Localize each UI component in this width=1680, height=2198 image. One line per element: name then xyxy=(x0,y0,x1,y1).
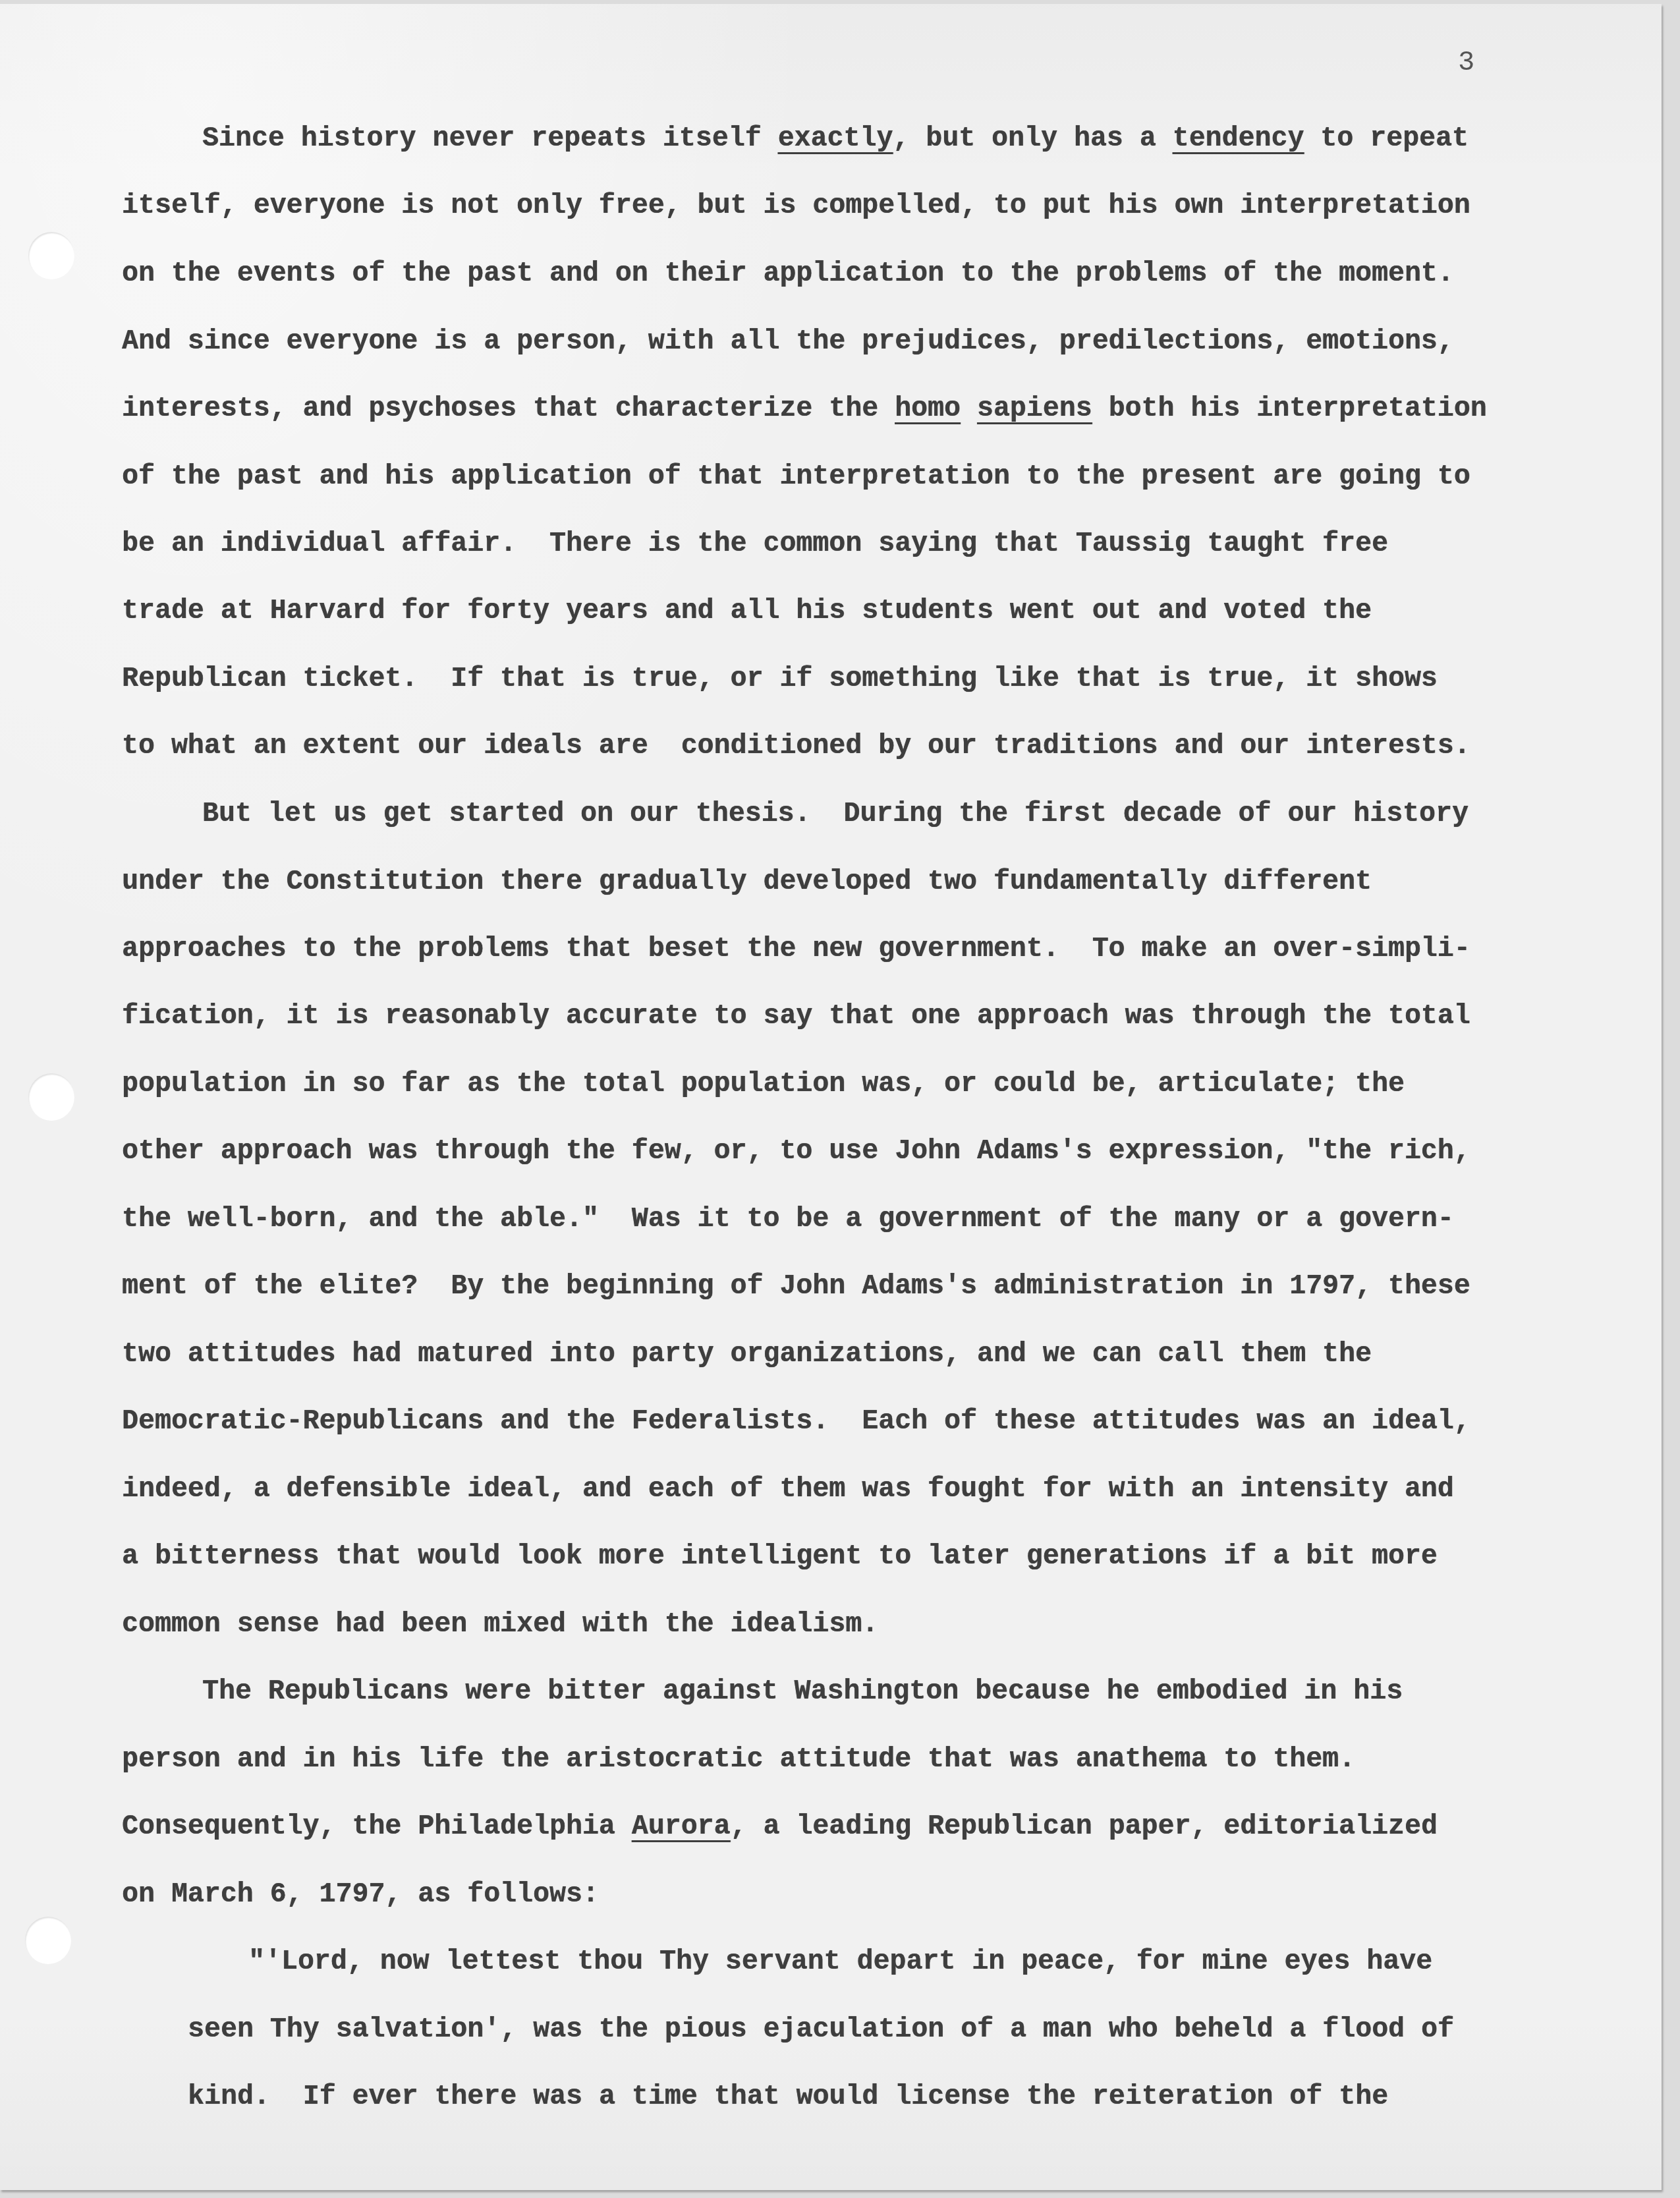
typewritten-page: 3 Since history never repeats itself exa… xyxy=(0,4,1662,2190)
text-run: the well-born, and the able." Was it to … xyxy=(122,1204,1454,1235)
punch-hole xyxy=(28,1073,74,1121)
text-line: itself, everyone is not only free, but i… xyxy=(122,192,1470,220)
text-run: "'Lord, now lettest thou Thy servant dep… xyxy=(248,1946,1432,1977)
text-line: under the Constitution there gradually d… xyxy=(122,868,1372,896)
text-run: to what an extent our ideals are conditi… xyxy=(122,731,1470,762)
text-run: population in so far as the total popula… xyxy=(122,1069,1405,1100)
text-line: on the events of the past and on their a… xyxy=(122,260,1454,288)
text-run: itself, everyone is not only free, but i… xyxy=(122,190,1470,221)
text-line: ment of the elite? By the beginning of J… xyxy=(122,1273,1470,1301)
text-line: Republican ticket. If that is true, or i… xyxy=(122,665,1438,693)
underlined-word: tendency xyxy=(1173,123,1304,154)
text-line: to what an extent our ideals are conditi… xyxy=(122,733,1470,760)
text-line: be an individual affair. There is the co… xyxy=(122,530,1388,558)
text-run: ment of the elite? By the beginning of J… xyxy=(122,1271,1470,1302)
text-run: on March 6, 1797, as follows: xyxy=(122,1879,599,1910)
underlined-word: sapiens xyxy=(977,393,1092,424)
text-line: Democratic-Republicans and the Federalis… xyxy=(122,1408,1470,1436)
underlined-word: homo xyxy=(895,393,961,424)
text-run: fication, it is reasonably accurate to s… xyxy=(122,1001,1470,1032)
page-number: 3 xyxy=(1458,49,1474,76)
text-run: seen Thy salvation', was the pious ejacu… xyxy=(188,2014,1454,2045)
text-line: person and in his life the aristocratic … xyxy=(122,1746,1355,1774)
text-run: interests, and psychoses that characteri… xyxy=(122,393,895,424)
underlined-word: Aurora xyxy=(632,1811,731,1842)
text-line: common sense had been mixed with the ide… xyxy=(122,1611,878,1639)
text-line: of the past and his application of that … xyxy=(122,463,1470,491)
text-run: But let us get started on our thesis. Du… xyxy=(202,799,1469,830)
punch-hole xyxy=(28,232,74,279)
text-run: under the Constitution there gradually d… xyxy=(122,866,1372,897)
text-run: Since history never repeats itself xyxy=(202,123,778,154)
text-line: indeed, a defensible ideal, and each of … xyxy=(122,1476,1454,1504)
text-run: And since everyone is a person, with all… xyxy=(122,326,1454,357)
text-run: indeed, a defensible ideal, and each of … xyxy=(122,1474,1454,1505)
text-run: Consequently, the Philadelphia xyxy=(122,1811,632,1842)
text-run: be an individual affair. There is the co… xyxy=(122,528,1388,559)
text-line: two attitudes had matured into party org… xyxy=(122,1341,1372,1368)
text-run: , but only has a xyxy=(893,123,1172,154)
text-run: on the events of the past and on their a… xyxy=(122,258,1454,289)
text-line: interests, and psychoses that characteri… xyxy=(122,395,1487,423)
text-line: fication, it is reasonably accurate to s… xyxy=(122,1003,1470,1030)
text-run: a bitterness that would look more intell… xyxy=(122,1541,1438,1572)
text-run: common sense had been mixed with the ide… xyxy=(122,1609,878,1640)
text-line: a bitterness that would look more intell… xyxy=(122,1543,1438,1571)
text-line: trade at Harvard for forty years and all… xyxy=(122,598,1372,625)
text-run: other approach was through the few, or, … xyxy=(122,1136,1470,1167)
text-line: Consequently, the Philadelphia Aurora, a… xyxy=(122,1813,1438,1841)
text-line: population in so far as the total popula… xyxy=(122,1071,1405,1098)
text-run: Democratic-Republicans and the Federalis… xyxy=(122,1406,1470,1437)
text-line: The Republicans were bitter against Wash… xyxy=(202,1678,1403,1706)
text-run: Republican ticket. If that is true, or i… xyxy=(122,663,1438,694)
text-line: And since everyone is a person, with all… xyxy=(122,328,1454,356)
text-run: two attitudes had matured into party org… xyxy=(122,1339,1372,1370)
text-run: , a leading Republican paper, editoriali… xyxy=(731,1811,1438,1842)
text-line: "'Lord, now lettest thou Thy servant dep… xyxy=(248,1948,1432,1976)
text-run xyxy=(961,393,977,424)
text-line: Since history never repeats itself exact… xyxy=(202,125,1469,153)
text-line: the well-born, and the able." Was it to … xyxy=(122,1206,1454,1233)
punch-hole xyxy=(25,1917,71,1964)
text-line: But let us get started on our thesis. Du… xyxy=(202,801,1469,828)
text-line: seen Thy salvation', was the pious ejacu… xyxy=(188,2016,1454,2044)
text-line: on March 6, 1797, as follows: xyxy=(122,1881,599,1909)
text-run: to repeat xyxy=(1304,123,1469,154)
text-run: trade at Harvard for forty years and all… xyxy=(122,596,1372,627)
text-run: The Republicans were bitter against Wash… xyxy=(202,1676,1403,1707)
text-run: of the past and his application of that … xyxy=(122,461,1470,492)
text-run: approaches to the problems that beset th… xyxy=(122,934,1470,965)
text-run: kind. If ever there was a time that woul… xyxy=(188,2081,1388,2112)
text-line: kind. If ever there was a time that woul… xyxy=(188,2083,1388,2111)
text-run: person and in his life the aristocratic … xyxy=(122,1744,1355,1775)
underlined-word: exactly xyxy=(778,123,893,154)
text-run: both his interpretation xyxy=(1092,393,1487,424)
text-line: other approach was through the few, or, … xyxy=(122,1138,1470,1166)
text-line: approaches to the problems that beset th… xyxy=(122,936,1470,963)
